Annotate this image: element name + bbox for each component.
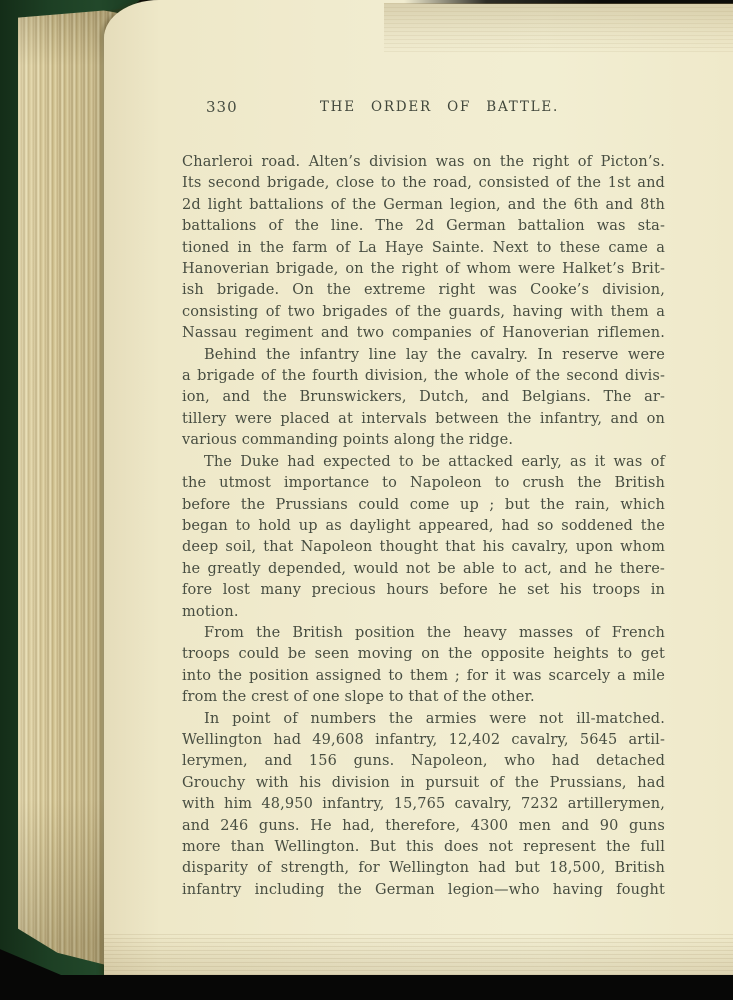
page-top-edge-shading — [384, 3, 733, 53]
text-line: Grouchy with his division in pursuit of … — [182, 773, 665, 794]
paragraph: In point of numbers the armies were not … — [182, 709, 665, 902]
text-line: lerymen, and 156 guns. Napoleon, who had… — [182, 751, 665, 772]
text-line: Nassau regiment and two companies of Han… — [182, 323, 665, 344]
text-line: the utmost importance to Napoleon to cru… — [182, 473, 665, 494]
text-line: battalions of the line. The 2d German ba… — [182, 216, 665, 237]
text-line: Charleroi road. Alten’s division was on … — [182, 152, 665, 173]
text-line: disparity of strength, for Wellington ha… — [182, 858, 665, 879]
page-header: 330 THE ORDER OF BATTLE. — [182, 96, 665, 136]
paragraph: The Duke had expected to be attacked ear… — [182, 452, 665, 623]
text-line: The Duke had expected to be attacked ear… — [182, 452, 665, 473]
text-line: with him 48,950 infantry, 15,765 cavalry… — [182, 794, 665, 815]
text-line: ion, and the Brunswickers, Dutch, and Be… — [182, 387, 665, 408]
text-line: Hanoverian brigade, on the right of whom… — [182, 259, 665, 280]
text-line: infantry including the German legion—who… — [182, 880, 665, 901]
text-line: into the position assigned to them ; for… — [182, 666, 665, 687]
text-line: consisting of two brigades of the guards… — [182, 302, 665, 323]
text-line: he greatly depended, would not be able t… — [182, 559, 665, 580]
page-bottom-edge-shading — [104, 934, 733, 976]
text-line: deep soil, that Napoleon thought that hi… — [182, 537, 665, 558]
book-page: 330 THE ORDER OF BATTLE. Charleroi road.… — [104, 0, 733, 976]
scanner-bottom-shadow — [0, 975, 733, 1000]
text-line: more than Wellington. But this does not … — [182, 837, 665, 858]
paragraph: From the British position the heavy mass… — [182, 623, 665, 709]
text-line: before the Prussians could come up ; but… — [182, 495, 665, 516]
text-line: from the crest of one slope to that of t… — [182, 687, 665, 708]
text-line: ish brigade. On the extreme right was Co… — [182, 280, 665, 301]
text-line: fore lost many precious hours before he … — [182, 580, 665, 601]
text-line: tillery were placed at intervals between… — [182, 409, 665, 430]
running-header-title: THE ORDER OF BATTLE. — [198, 99, 681, 115]
paragraph: Behind the infantry line lay the cavalry… — [182, 345, 665, 452]
text-line: troops could be seen moving on the oppos… — [182, 644, 665, 665]
text-line: a brigade of the fourth division, the wh… — [182, 366, 665, 387]
text-line: In point of numbers the armies were not … — [182, 709, 665, 730]
text-line: From the British position the heavy mass… — [182, 623, 665, 644]
text-line: Behind the infantry line lay the cavalry… — [182, 345, 665, 366]
paragraph: Charleroi road. Alten’s division was on … — [182, 152, 665, 345]
text-block: 330 THE ORDER OF BATTLE. Charleroi road.… — [182, 96, 665, 901]
body-text: Charleroi road. Alten’s division was on … — [182, 152, 665, 901]
text-line: and 246 guns. He had, therefore, 4300 me… — [182, 816, 665, 837]
book-scan: 330 THE ORDER OF BATTLE. Charleroi road.… — [0, 0, 733, 1000]
text-line: began to hold up as daylight appeared, h… — [182, 516, 665, 537]
text-line: tioned in the farm of La Haye Sainte. Ne… — [182, 238, 665, 259]
text-line: 2d light battalions of the German legion… — [182, 195, 665, 216]
text-line: motion. — [182, 602, 665, 623]
text-line: various commanding points along the ridg… — [182, 430, 665, 451]
text-line: Its second brigade, close to the road, c… — [182, 173, 665, 194]
text-line: Wellington had 49,608 infantry, 12,402 c… — [182, 730, 665, 751]
